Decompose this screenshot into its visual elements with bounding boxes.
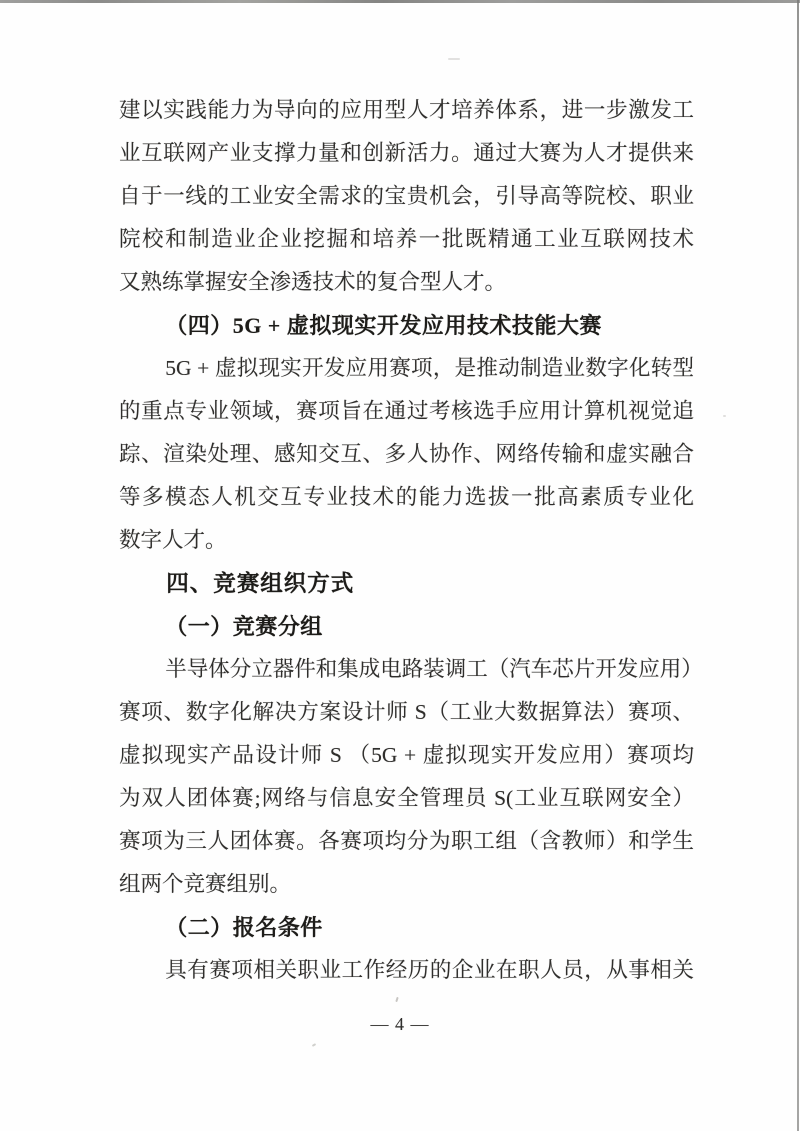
scan-speck bbox=[448, 58, 460, 60]
text-line: 等多模态人机交互专业技术的能力选拔一批高素质专业化 bbox=[119, 476, 694, 519]
heading-item-4-5g-vr-contest: （四）5G + 虚拟现实开发应用技术技能大赛 bbox=[119, 304, 694, 347]
scanned-document-page: 建以实践能力为导向的应用型人才培养体系，进一步激发工 业互联网产业支撑力量和创新… bbox=[0, 0, 800, 1131]
scan-speck bbox=[395, 997, 398, 1002]
text-line: 业互联网产业支撑力量和创新活力。通过大赛为人才提供来 bbox=[119, 132, 694, 175]
text-line: 具有赛项相关职业工作经历的企业在职人员，从事相关 bbox=[119, 949, 694, 992]
scan-speck bbox=[312, 1043, 316, 1047]
text-line: 组两个竞赛组别。 bbox=[119, 863, 694, 906]
text-line: 赛项、数字化解决方案设计师 S（工业大数据算法）赛项、 bbox=[119, 691, 694, 734]
scan-edge-top bbox=[0, 0, 800, 3]
text-line: 赛项为三人团体赛。各赛项均分为职工组（含教师）和学生 bbox=[119, 820, 694, 863]
text-line: 5G + 虚拟现实开发应用赛项，是推动制造业数字化转型 bbox=[119, 347, 694, 390]
text-line: 的重点专业领域，赛项旨在通过考核选手应用计算机视觉追 bbox=[119, 390, 694, 433]
text-line: 又熟练掌握安全渗透技术的复合型人才。 bbox=[119, 261, 694, 304]
text-line: 虚拟现实产品设计师 S （5G + 虚拟现实开发应用）赛项均 bbox=[119, 734, 694, 777]
document-body: 建以实践能力为导向的应用型人才培养体系，进一步激发工 业互联网产业支撑力量和创新… bbox=[119, 89, 694, 992]
heading-section-4-organization: 四、竞赛组织方式 bbox=[119, 562, 694, 605]
text-line: 建以实践能力为导向的应用型人才培养体系，进一步激发工 bbox=[119, 89, 694, 132]
text-line: 自于一线的工业安全需求的宝贵机会，引导高等院校、职业 bbox=[119, 175, 694, 218]
text-line: 数字人才。 bbox=[119, 519, 694, 562]
text-line: 踪、渲染处理、感知交互、多人协作、网络传输和虚实融合 bbox=[119, 433, 694, 476]
scan-edge-right bbox=[797, 0, 799, 1131]
text-line: 半导体分立器件和集成电路装调工（汽车芯片开发应用） bbox=[119, 648, 694, 691]
scan-speck bbox=[723, 415, 726, 417]
heading-sub-2-registration: （二）报名条件 bbox=[119, 906, 694, 949]
text-line: 院校和制造业企业挖掘和培养一批既精通工业互联网技术 bbox=[119, 218, 694, 261]
text-line: 为双人团体赛;网络与信息安全管理员 S(工业互联网安全） bbox=[119, 777, 694, 820]
page-number: — 4 — bbox=[0, 1013, 800, 1035]
heading-sub-1-grouping: （一）竞赛分组 bbox=[119, 605, 694, 648]
